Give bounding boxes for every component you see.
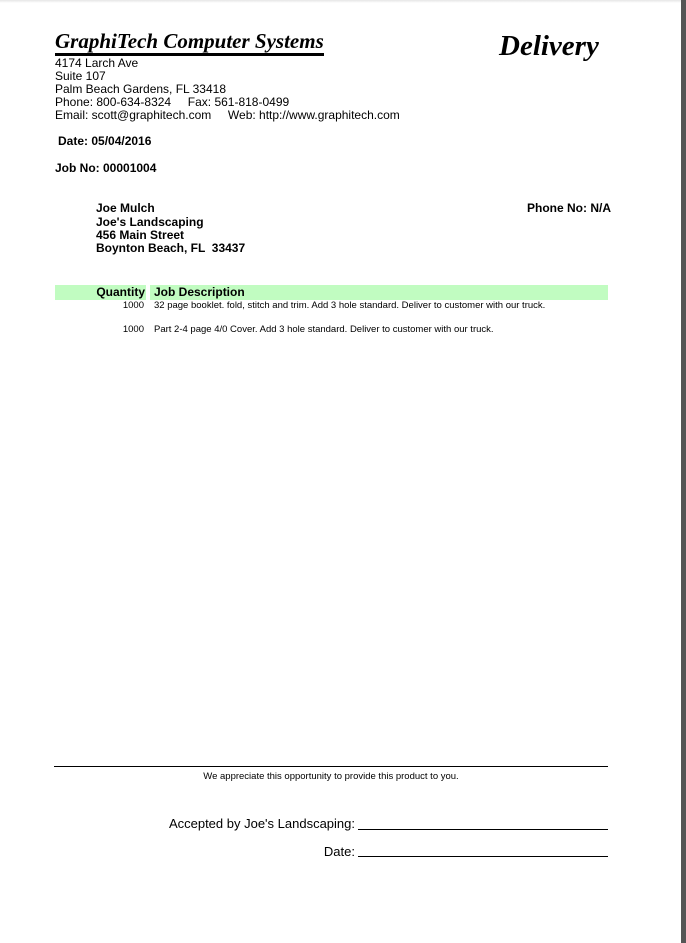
customer-contact: Joe Mulch (96, 202, 155, 215)
accepted-by-signature-line[interactable] (358, 829, 608, 830)
table-row: 1000Part 2-4 page 4/0 Cover. Add 3 hole … (55, 324, 608, 336)
document-date: Date: 05/04/2016 (58, 135, 151, 148)
acceptance-date-label: Date: (120, 844, 355, 859)
viewer-right-edge (681, 0, 686, 943)
page-top-shadow (0, 0, 681, 3)
footer-divider (54, 766, 608, 767)
company-name: GraphiTech Computer Systems (55, 29, 324, 56)
row-description: Part 2-4 page 4/0 Cover. Add 3 hole stan… (154, 324, 494, 336)
column-header-quantity: Quantity (55, 285, 146, 300)
thank-you-note: We appreciate this opportunity to provid… (0, 771, 662, 783)
customer-phone: Phone No: N/A (527, 202, 611, 215)
column-header-description: Job Description (150, 285, 608, 300)
job-number: Job No: 00001004 (55, 162, 156, 175)
row-quantity: 1000 (55, 324, 144, 336)
company-email-web: Email: scott@graphitech.com Web: http://… (55, 109, 400, 122)
row-description: 32 page booklet. fold, stitch and trim. … (154, 300, 545, 312)
row-quantity: 1000 (55, 300, 144, 312)
job-table-header: Quantity Job Description (55, 285, 608, 300)
acceptance-date-line[interactable] (358, 856, 608, 857)
table-row: 100032 page booklet. fold, stitch and tr… (55, 300, 608, 312)
customer-city-state-zip: Boynton Beach, FL 33437 (96, 242, 245, 255)
document-title: Delivery (499, 29, 599, 63)
accepted-by-label: Accepted by Joe's Landscaping: (120, 816, 355, 831)
